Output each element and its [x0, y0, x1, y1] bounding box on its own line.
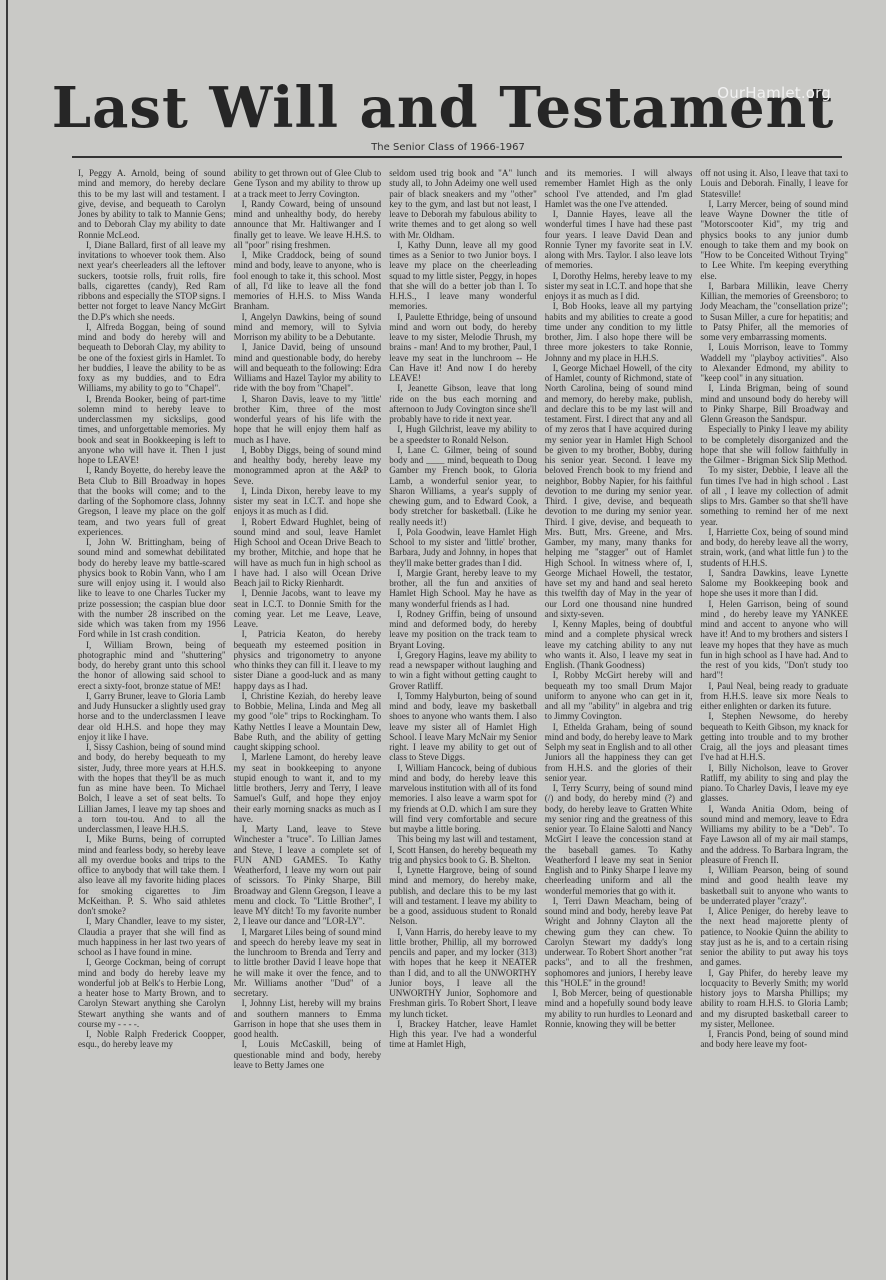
- will-entry: I, Angelyn Dawkins, being of sound mind …: [234, 312, 382, 343]
- will-entry: I, George Cockman, being of corrupt mind…: [78, 957, 226, 1029]
- will-entry: I, Bob Hooks, leave all my partying habi…: [545, 301, 693, 363]
- page-subtitle: The Senior Class of 1966-1967: [8, 142, 886, 153]
- will-entry: and its memories. I will always remember…: [545, 168, 693, 209]
- will-entry: I, Diane Ballard, first of all leave my …: [78, 240, 226, 322]
- will-entry: I, Lane C. Gilmer, being of sound body a…: [389, 445, 537, 527]
- will-entry: Especially to Pinky I leave my ability t…: [700, 424, 848, 465]
- column-2: ability to get thrown out of Glee Club t…: [234, 168, 382, 1268]
- will-entry: I, Mary Chandler, leave to my sister, Cl…: [78, 916, 226, 957]
- header-rule: [72, 156, 842, 158]
- will-entry: I, Bob Mercer, being of questionable min…: [545, 988, 693, 1029]
- will-entry: I, Linda Brigman, being of sound mind an…: [700, 383, 848, 424]
- will-entry: I, Marty Land, leave to Steve Winchester…: [234, 824, 382, 927]
- will-entry: I, Kenny Maples, being of doubtful mind …: [545, 619, 693, 670]
- will-entry: I, Alice Peniger, do hereby leave to the…: [700, 906, 848, 968]
- will-entry: I, Margaret Liles being of sound mind an…: [234, 927, 382, 999]
- will-entry: I, John W. Brittingham, being of sound m…: [78, 537, 226, 640]
- will-entry: I, Randy Coward, being of unsound mind a…: [234, 199, 382, 250]
- will-entry: I, Dannie Hayes, leave all the wonderful…: [545, 209, 693, 271]
- will-entry: I, Brackey Hatcher, leave Hamlet High th…: [389, 1019, 537, 1050]
- will-entry: I, Peggy A. Arnold, being of sound mind …: [78, 168, 226, 240]
- will-entry: I, Robby McGirt hereby will and bequeath…: [545, 670, 693, 721]
- will-entry: I, Barbara Millikin, leave Cherry Killia…: [700, 281, 848, 343]
- will-entry: I, Gay Phifer, do hereby leave my locqua…: [700, 968, 848, 1030]
- will-entry: I, Sandra Dawkins, leave Lynette Salome …: [700, 568, 848, 599]
- will-entry: seldom used trig book and "A" lunch stud…: [389, 168, 537, 240]
- will-entry: I, Randy Boyette, do hereby leave the Be…: [78, 465, 226, 537]
- will-entry: I, Vann Harris, do hereby leave to my li…: [389, 927, 537, 1019]
- will-entry: I, Paul Neal, being ready to graduate fr…: [700, 681, 848, 712]
- will-entry: ability to get thrown out of Glee Club t…: [234, 168, 382, 199]
- will-entry: I, Francis Pond, being of sound mind and…: [700, 1029, 848, 1050]
- will-entry: I, Hugh Gilchrist, leave my ability to b…: [389, 424, 537, 445]
- article-columns: I, Peggy A. Arnold, being of sound mind …: [78, 168, 848, 1268]
- will-entry: I, Rodney Griffin, being of unsound mind…: [389, 609, 537, 650]
- will-entry: I, Mike Craddock, being of sound mind an…: [234, 250, 382, 312]
- column-5: off not using it. Also, I leave that tax…: [700, 168, 848, 1268]
- will-entry: I, Noble Ralph Frederick Coopper, esqu.,…: [78, 1029, 226, 1050]
- will-entry: I, Lynette Hargrove, being of sound mind…: [389, 865, 537, 927]
- will-entry: I, Tommy Halyburton, being of sound mind…: [389, 691, 537, 763]
- will-entry: I, Kathy Dunn, leave all my good times a…: [389, 240, 537, 312]
- watermark: OurHamlet.org: [717, 84, 831, 102]
- will-entry: I, Pola Goodwin, leave Hamlet High Schoo…: [389, 527, 537, 568]
- will-entry: I, Larry Mercer, being of sound mind lea…: [700, 199, 848, 281]
- will-entry: I, Alfreda Boggan, being of sound mind a…: [78, 322, 226, 394]
- will-entry: I, Harriette Cox, being of sound mind an…: [700, 527, 848, 568]
- will-entry: I, Billy Nicholson, leave to Grover Ratl…: [700, 763, 848, 804]
- will-entry: I, Christine Keziah, do hereby leave to …: [234, 691, 382, 753]
- will-entry: To my sister, Debbie, I leave all the fu…: [700, 465, 848, 527]
- will-entry: I, Terry Scurry, being of sound mind (/)…: [545, 783, 693, 896]
- will-entry: I, Wanda Anitia Odom, being of sound min…: [700, 804, 848, 866]
- will-entry: I, William Hancock, being of dubious min…: [389, 763, 537, 835]
- will-entry: I, Bobby Diggs, being of sound mind and …: [234, 445, 382, 486]
- will-entry: This being my last will and testament, I…: [389, 834, 537, 865]
- will-entry: I, Dennie Jacobs, want to leave my seat …: [234, 588, 382, 629]
- will-entry: I, Janice David, being of unsound mind a…: [234, 342, 382, 393]
- will-entry: I, Jeanette Gibson, leave that long ride…: [389, 383, 537, 424]
- will-entry: I, Louis McCaskill, being of questionabl…: [234, 1039, 382, 1070]
- will-entry: I, George Michael Howell, of the city of…: [545, 363, 693, 619]
- will-entry: I, Robert Edward Hughlet, being of sound…: [234, 517, 382, 589]
- will-entry: I, Terri Dawn Meacham, being of sound mi…: [545, 896, 693, 988]
- will-entry: I, Sharon Davis, leave to my 'little' br…: [234, 394, 382, 445]
- column-4: and its memories. I will always remember…: [545, 168, 693, 1268]
- will-entry: I, Mike Burns, being of corrupted mind a…: [78, 834, 226, 916]
- will-entry: I, Louis Morrison, leave to Tommy Waddel…: [700, 342, 848, 383]
- will-entry: I, Patricia Keaton, do hereby bequeath m…: [234, 629, 382, 691]
- will-entry: I, William Pearson, being of sound mind …: [700, 865, 848, 906]
- will-entry: I, Marlene Lamont, do hereby leave my se…: [234, 752, 382, 824]
- will-entry: I, Helen Garrison, being of sound mind ,…: [700, 599, 848, 681]
- column-3: seldom used trig book and "A" lunch stud…: [389, 168, 537, 1268]
- will-entry: I, Sissy Cashion, being of sound mind an…: [78, 742, 226, 834]
- will-entry: I, Margie Grant, hereby leave to my brot…: [389, 568, 537, 609]
- column-1: I, Peggy A. Arnold, being of sound mind …: [78, 168, 226, 1268]
- will-entry: I, Dorothy Helms, hereby leave to my sis…: [545, 271, 693, 302]
- will-entry: I, Johnny List, hereby will my brains an…: [234, 998, 382, 1039]
- will-entry: I, William Brown, being of photographic …: [78, 640, 226, 691]
- will-entry: I, Garry Bruner, leave to Gloria Lamb an…: [78, 691, 226, 742]
- will-entry: off not using it. Also, I leave that tax…: [700, 168, 848, 199]
- will-entry: I, Gregory Hagins, leave my ability to r…: [389, 650, 537, 691]
- will-entry: I, Ethelda Graham, being of sound mind a…: [545, 722, 693, 784]
- will-entry: I, Paulette Ethridge, being of unsound m…: [389, 312, 537, 384]
- newspaper-page: Last Will and Testament OurHamlet.org Th…: [6, 0, 886, 1280]
- will-entry: I, Brenda Booker, being of part-time sol…: [78, 394, 226, 466]
- will-entry: I, Linda Dixon, hereby leave to my siste…: [234, 486, 382, 517]
- will-entry: I, Stephen Newsome, do hereby bequeath t…: [700, 711, 848, 762]
